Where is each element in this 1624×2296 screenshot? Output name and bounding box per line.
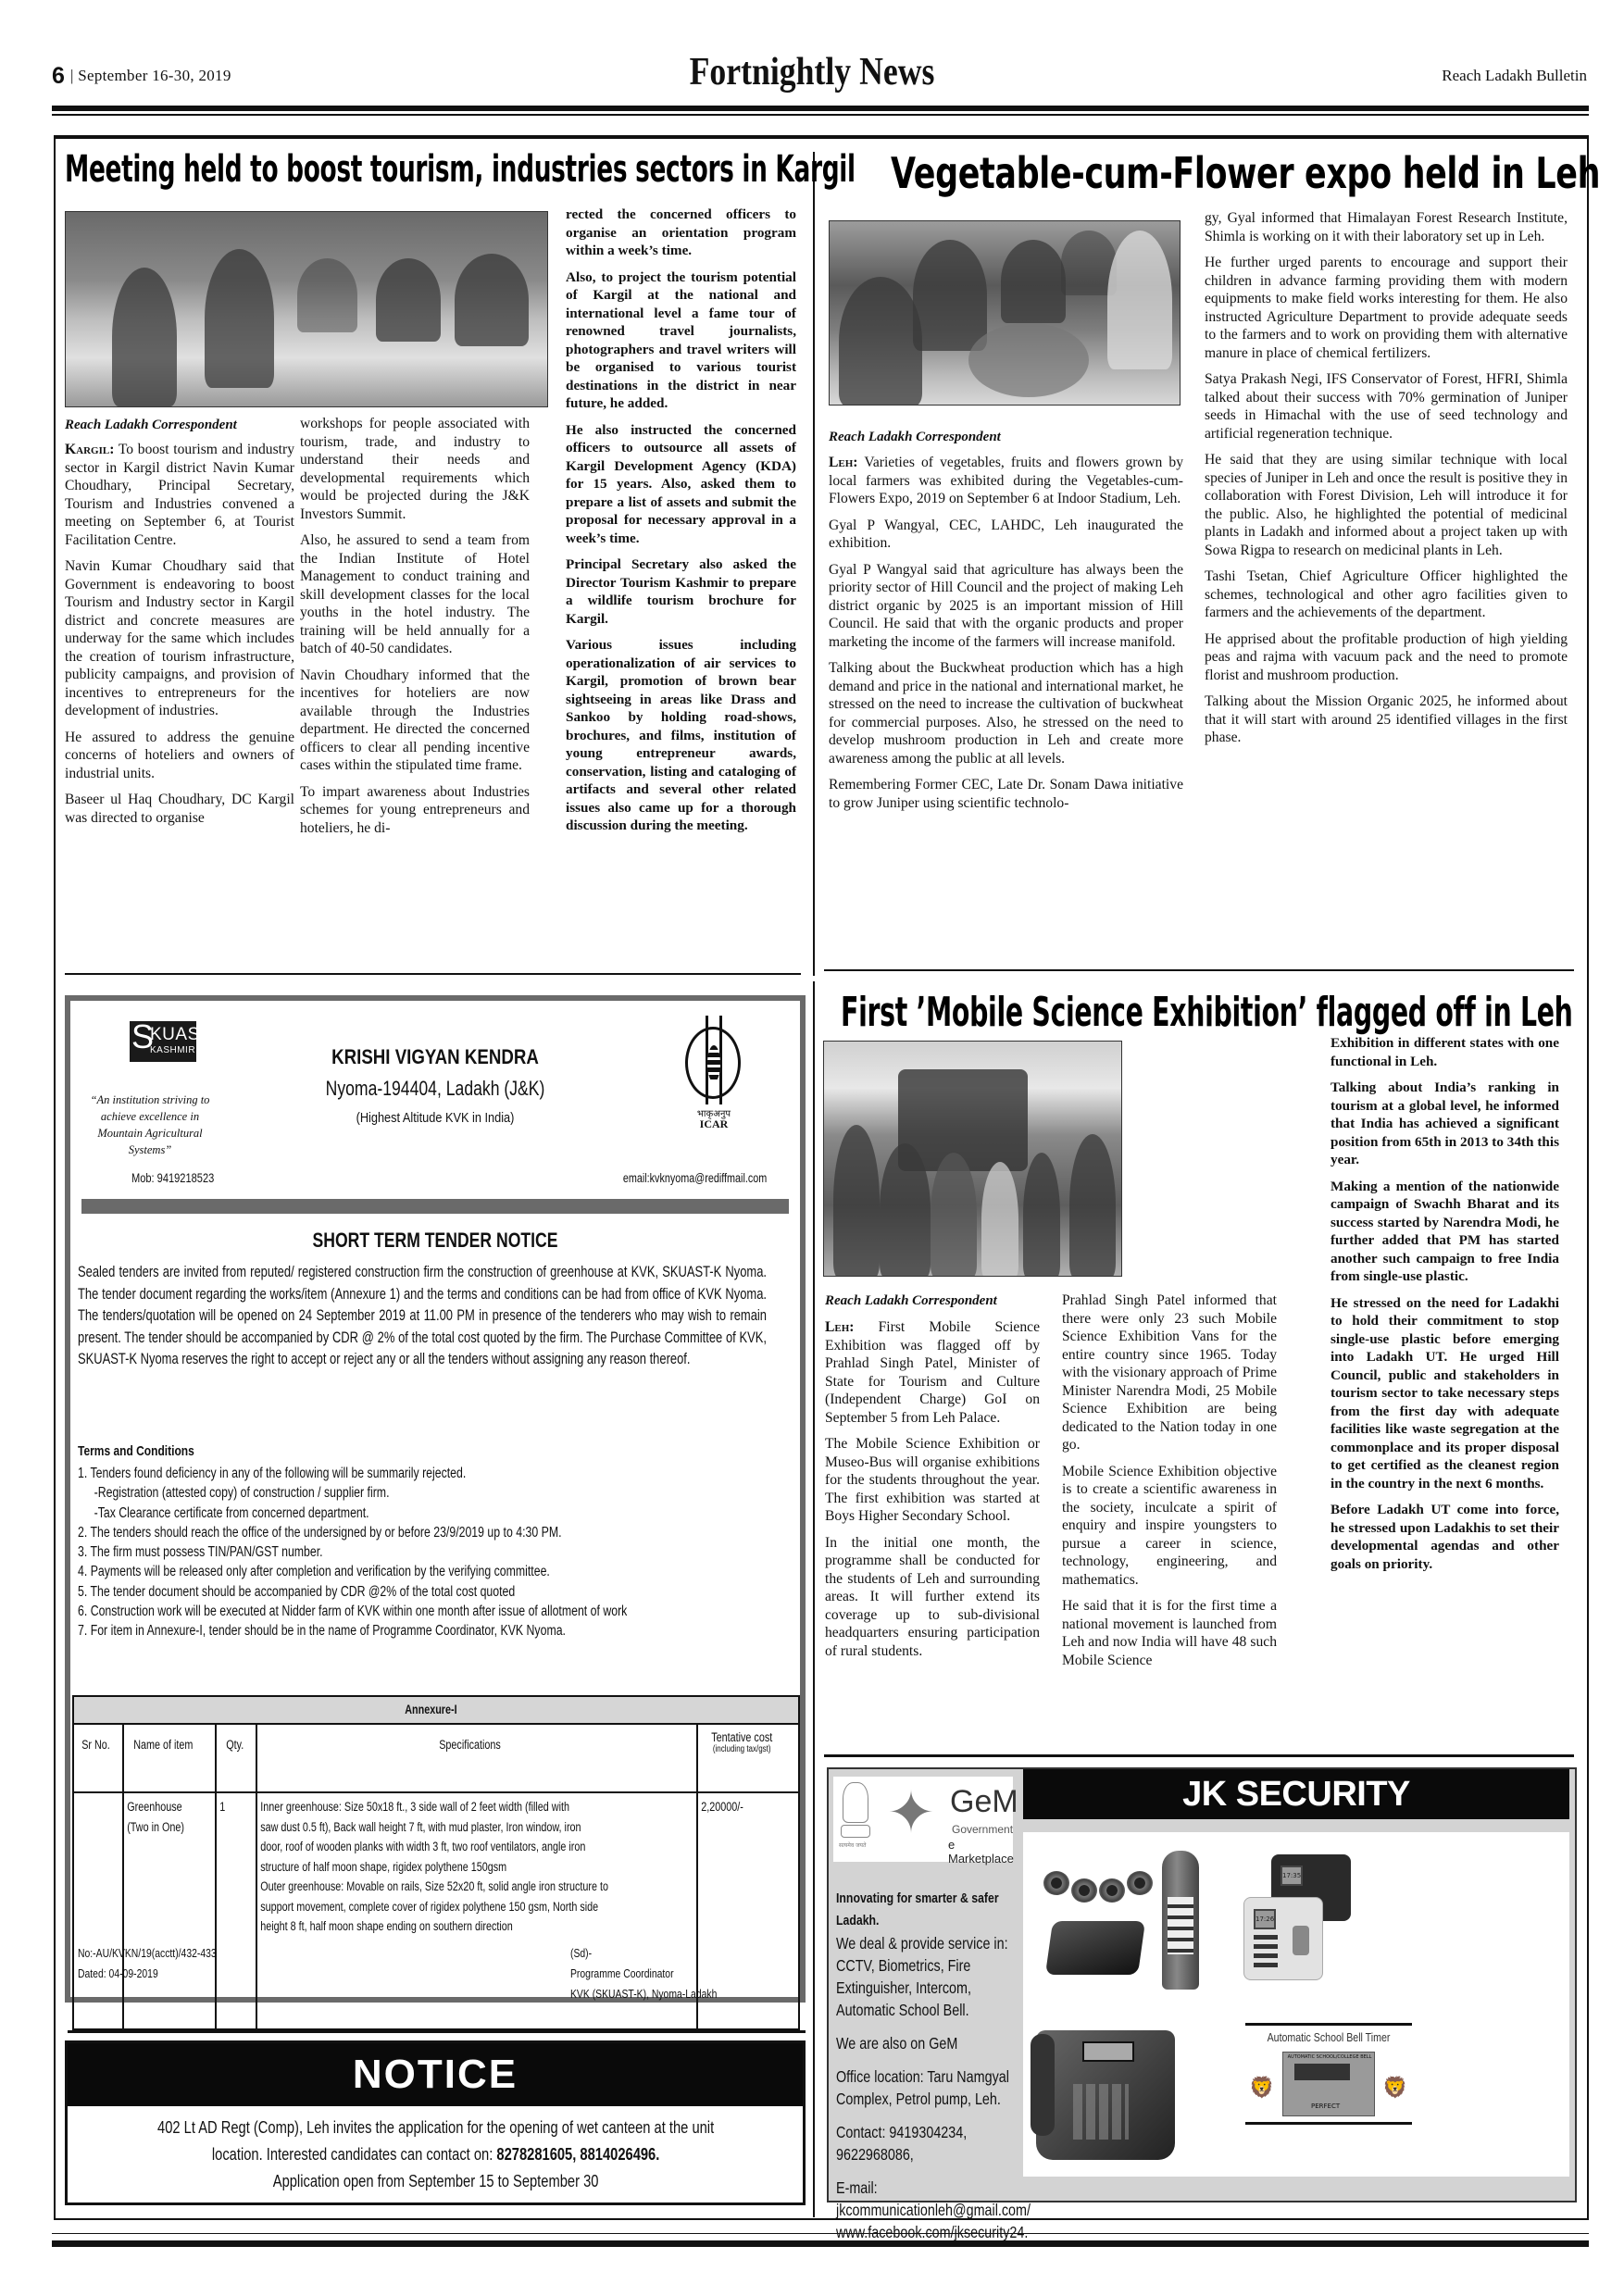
- paragraph: rected the concerned officers to organis…: [566, 206, 796, 260]
- paragraph: The Mobile Science Exhibition or Museo-B…: [825, 1435, 1040, 1526]
- ad-separator: [824, 1754, 1574, 1757]
- kvk-tagline: (Highest Altitude KVK in India): [125, 1110, 745, 1126]
- paragraph: Mobile Science Exhibition objective is t…: [1062, 1463, 1277, 1590]
- kvk-email[interactable]: email:kvknyoma@rediffmail.com: [623, 1171, 767, 1185]
- jk-gem-note: We are also on GeM: [836, 2032, 1026, 2054]
- reference-number: No:-AU/KVKN/19(acctt)/432-433: [78, 1943, 217, 1964]
- product-images: 17:35 17:26 Automatic School Bell Timer …: [1023, 1832, 1569, 2177]
- article-column-3: Exhibition in different states with one …: [1330, 1034, 1559, 1581]
- term-item: 2. The tenders should reach the office o…: [78, 1523, 789, 1542]
- reference-block: No:-AU/KVKN/19(acctt)/432-433 Dated: 04-…: [78, 1943, 217, 1984]
- expo-photo: [829, 220, 1181, 406]
- footer-rule: [52, 2240, 1589, 2247]
- jk-lead: Innovating for smarter & safer Ladakh.: [836, 1888, 1026, 1932]
- dateline: Leh:: [825, 1319, 855, 1335]
- flag-off-photo: [823, 1041, 1122, 1277]
- paragraph: Remembering Former CEC, Late Dr. Sonam D…: [829, 776, 1183, 812]
- gem-line1: Government: [952, 1823, 1013, 1836]
- footer-rule-thin: [52, 2233, 1589, 2234]
- reference-date: Dated: 04-09-2019: [78, 1964, 217, 1984]
- paragraph: To impart awareness about Industries sch…: [300, 783, 530, 838]
- term-item: 7. For item in Annexure-I, tender should…: [78, 1621, 789, 1641]
- paragraph: He further urged parents to encourage an…: [1205, 254, 1568, 362]
- cell-qty: 1: [216, 1792, 256, 2029]
- notice-line: Application open from September 15 to Se…: [68, 2167, 804, 2194]
- article-column-1: Leh: First Mobile Science Exhibition was…: [825, 1318, 1040, 1668]
- article-headline-mobile-science[interactable]: First ’Mobile Science Exhibition’ flagge…: [841, 989, 1573, 1036]
- cctv-camera-icon: [1099, 1878, 1125, 1903]
- article-headline-kargil[interactable]: Meeting held to boost tourism, industrie…: [65, 148, 856, 191]
- article-column-2: gy, Gyal informed that Himalayan Forest …: [1205, 209, 1568, 755]
- header-rule: [52, 106, 1589, 111]
- term-item: 6. Construction work will be executed at…: [78, 1602, 789, 1621]
- dvr-icon: [1045, 1921, 1145, 1975]
- paragraph: Making a mention of the nationwide campa…: [1330, 1178, 1559, 1286]
- paragraph: Tashi Tsetan, Chief Agriculture Officer …: [1205, 568, 1568, 622]
- cctv-camera-icon: [1071, 1878, 1097, 1903]
- byline: Reach Ladakh Correspondent: [829, 430, 1001, 445]
- jk-security-ad: सत्यमेव जयते ✦ GeM Government e Marketpl…: [827, 1767, 1577, 2202]
- bell-device-icon: AUTOMATIC SCHOOL/COLLEGE BELL PERFECT: [1282, 2052, 1375, 2116]
- paragraph: Gyal P Wangyal said that agriculture has…: [829, 561, 1183, 652]
- jk-contact[interactable]: Contact: 9419304234, 9622968086,: [836, 2121, 1026, 2165]
- bell-title: Automatic School Bell Timer: [1258, 2031, 1400, 2044]
- paragraph: Talking about India’s ranking in tourism…: [1330, 1079, 1559, 1169]
- paragraph: He said that it is for the first time a …: [1062, 1597, 1277, 1669]
- cell-item: Greenhouse(Two in One): [123, 1792, 216, 2029]
- paragraph: He stressed on the need for Ladakhi to h…: [1330, 1294, 1559, 1493]
- jk-security-text: Innovating for smarter & safer Ladakh. W…: [836, 1888, 1026, 2254]
- col-header: Specifications: [256, 1724, 697, 1792]
- meeting-photo: [65, 211, 548, 407]
- article-column-1: Kargil: To boost tourism and industry se…: [65, 441, 294, 835]
- icar-logo: भाकृअनुप ICAR: [681, 1010, 746, 1130]
- signature-title: Programme Coordinator: [570, 1964, 717, 1984]
- cell-sr: [73, 1792, 123, 2029]
- paragraph: Varieties of vegetables, fruits and flow…: [829, 455, 1183, 506]
- paragraph: Exhibition in different states with one …: [1330, 1034, 1559, 1070]
- gem-line2: e Marketplace: [948, 1838, 1014, 1865]
- table-header-row: Sr No. Name of item Qty. Specifications …: [73, 1724, 799, 1792]
- paragraph: In the initial one month, the programme …: [825, 1534, 1040, 1661]
- col-header: Tentative cost(including tax/gst): [697, 1724, 799, 1792]
- paragraph: Talking about the Mission Organic 2025, …: [1205, 693, 1568, 747]
- byline: Reach Ladakh Correspondent: [65, 418, 237, 433]
- paragraph: Also, he assured to send a team from the…: [300, 531, 530, 658]
- col-header: Sr No.: [73, 1724, 123, 1792]
- term-item: 1. Tenders found deficiency in any of th…: [78, 1464, 789, 1483]
- paragraph: Navin Kumar Choudhary said that Governme…: [65, 557, 294, 720]
- paragraph: Baseer ul Haq Choudhary, DC Kargil was d…: [65, 791, 294, 827]
- ad-separator: [68, 2030, 806, 2033]
- gem-logo: सत्यमेव जयते ✦ GeM Government e Marketpl…: [833, 1777, 1013, 1862]
- signature-org: KVK (SKUAST-K), Nyoma-Ladakh: [570, 1984, 717, 2004]
- column-divider: [813, 152, 815, 976]
- lion-icon: 🦁: [1249, 2076, 1274, 2100]
- notice-ad: NOTICE 402 Lt AD Regt (Comp), Leh invite…: [65, 2040, 806, 2205]
- paragraph: gy, Gyal informed that Himalayan Forest …: [1205, 209, 1568, 245]
- terms-list: 1. Tenders found deficiency in any of th…: [78, 1464, 789, 1641]
- col-header: Qty.: [216, 1724, 256, 1792]
- gem-star-icon: ✦: [887, 1784, 935, 1841]
- terms-heading: Terms and Conditions: [78, 1443, 194, 1459]
- paragraph: Also, to project the tourism potential o…: [566, 268, 796, 413]
- article-column-1: Leh: Varieties of vegetables, fruits and…: [829, 454, 1183, 820]
- dateline: Kargil:: [65, 442, 114, 457]
- dateline: Leh:: [829, 455, 858, 470]
- paragraph: Gyal P Wangyal, CEC, LAHDC, Leh inaugura…: [829, 517, 1183, 553]
- notice-phones[interactable]: 8278281605, 8814026496.: [496, 2144, 659, 2164]
- divider-bar: [81, 1199, 789, 1214]
- term-item: 3. The firm must possess TIN/PAN/GST num…: [78, 1542, 789, 1562]
- notice-line: location. Interested candidates can cont…: [68, 2140, 804, 2167]
- paragraph: He assured to address the genuine concer…: [65, 729, 294, 783]
- logo-word: KUAST: [150, 1025, 211, 1045]
- national-emblem-icon: सत्यमेव जयते: [841, 1780, 870, 1853]
- lion-icon: 🦁: [1382, 2076, 1407, 2100]
- paragraph: He said that they are using similar tech…: [1205, 451, 1568, 559]
- paragraph: Satya Prakash Negi, IFS Conservator of F…: [1205, 370, 1568, 443]
- article-column-2: workshops for people associated with tou…: [300, 415, 530, 845]
- term-item: 5. The tender document should be accompa…: [78, 1582, 789, 1602]
- paragraph: Navin Choudhary informed that the incent…: [300, 667, 530, 775]
- paragraph: To boost tourism and industry sector in …: [65, 442, 294, 548]
- kvk-address: Nyoma-194404, Ladakh (J&K): [144, 1077, 727, 1101]
- paragraph: Principal Secretary also asked the Direc…: [566, 555, 796, 628]
- article-column-2: Prahlad Singh Patel informed that there …: [1062, 1291, 1277, 1678]
- paragraph: Before Ladakh UT come into force, he str…: [1330, 1501, 1559, 1573]
- notice-title: NOTICE: [68, 2043, 803, 2106]
- byline: Reach Ladakh Correspondent: [825, 1293, 997, 1309]
- intercom-phone-icon: [1036, 2030, 1175, 2160]
- term-subitem: -Registration (attested copy) of constru…: [78, 1483, 789, 1503]
- paragraph: Talking about the Buckwheat production w…: [829, 659, 1183, 767]
- tender-title: SHORT TERM TENDER NOTICE: [144, 1229, 727, 1253]
- jk-security-title: JK SECURITY: [1023, 1769, 1569, 1819]
- biometric-device-icon: 17:26: [1243, 1897, 1323, 1980]
- wheat-ear-icon: [707, 1045, 720, 1082]
- header-rule-thin: [52, 114, 1589, 116]
- term-subitem: -Tax Clearance certificate from concerne…: [78, 1504, 789, 1523]
- article-headline-veg-expo[interactable]: Vegetable-cum-Flower expo held in Leh: [891, 148, 1600, 198]
- signature-block: (Sd)- Programme Coordinator KVK (SKUAST-…: [570, 1943, 717, 2004]
- article-separator: [65, 973, 801, 975]
- cctv-camera-icon: [1043, 1871, 1069, 1895]
- paragraph: Various issues including operationalizat…: [566, 636, 796, 835]
- paragraph: He apprised about the profitable product…: [1205, 630, 1568, 685]
- annexure-title: Annexure-I: [73, 1696, 799, 1724]
- icar-text: ICAR: [681, 1117, 746, 1131]
- tender-body: Sealed tenders are invited from reputed/…: [78, 1262, 767, 1371]
- notice-line: 402 Lt AD Regt (Comp), Leh invites the a…: [68, 2114, 804, 2140]
- notice-body: 402 Lt AD Regt (Comp), Leh invites the a…: [68, 2114, 804, 2194]
- cctv-camera-icon: [1127, 1871, 1153, 1895]
- col-header: Name of item: [123, 1724, 216, 1792]
- paragraph: Prahlad Singh Patel informed that there …: [1062, 1291, 1277, 1454]
- school-bell-timer: Automatic School Bell Timer AUTOMATIC SC…: [1245, 2023, 1412, 2125]
- jk-services: We deal & provide service in: CCTV, Biom…: [836, 1932, 1026, 2021]
- kvk-mobile: Mob: 9419218523: [131, 1171, 214, 1185]
- jk-office: Office location: Taru Namgyal Complex, P…: [836, 2065, 1026, 2110]
- kvk-title: KRISHI VIGYAN KENDRA: [125, 1045, 745, 1069]
- article-separator: [824, 969, 1574, 971]
- paragraph: He also instructed the concerned officer…: [566, 421, 796, 548]
- page-number: 6: [52, 63, 65, 90]
- fire-extinguisher-icon: [1162, 1851, 1199, 1990]
- publication-name: Reach Ladakh Bulletin: [1442, 67, 1587, 85]
- kvk-tender-ad: S KUAST KASHMIR “An institution striving…: [65, 995, 806, 2003]
- gem-wordmark: GeM: [950, 1786, 1018, 1817]
- term-item: 4. Payments will be released only after …: [78, 1562, 789, 1581]
- section-title: Fortnightly News: [122, 50, 1503, 94]
- paragraph: First Mobile Science Exhibition was flag…: [825, 1319, 1040, 1426]
- article-column-3: rected the concerned officers to organis…: [566, 206, 796, 843]
- signature-sd: (Sd)-: [570, 1943, 717, 1964]
- column-divider-lower: [813, 981, 815, 2217]
- paragraph: workshops for people associated with tou…: [300, 415, 530, 523]
